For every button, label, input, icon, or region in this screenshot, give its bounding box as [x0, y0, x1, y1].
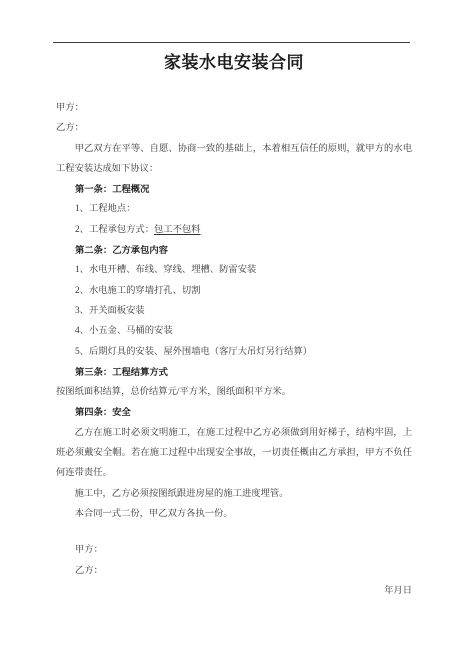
- copies-paragraph: 本合同一式二份，甲乙双方各执一份。: [56, 504, 412, 524]
- section-2-heading: 第二条：乙方承包内容: [56, 240, 412, 260]
- document-title: 家装水电安装合同: [56, 0, 412, 75]
- item-project-location: 1、工程地点：: [56, 199, 412, 219]
- signature-party-b: 乙方：: [56, 561, 412, 581]
- item-contract-method: 2、工程承包方式：包工不包料: [56, 220, 412, 240]
- contract-method-label: 2、工程承包方式：: [75, 225, 154, 235]
- section-1-heading: 第一条：工程概况: [56, 179, 412, 199]
- party-a-label: 甲方：: [56, 98, 412, 118]
- item-lighting-install: 5、后期灯具的安装、屋外围墙电（客厅大吊灯另行结算）: [56, 342, 412, 362]
- party-b-label: 乙方：: [56, 118, 412, 138]
- item-wiring-grooving: 1、水电开槽、布线、穿线、埋槽、防雷安装: [56, 260, 412, 280]
- signature-party-a: 甲方：: [56, 540, 412, 560]
- signature-date: 年月日: [56, 581, 412, 601]
- section-3-heading: 第三条：工程结算方式: [56, 362, 412, 382]
- item-switch-panels: 3、开关面板安装: [56, 301, 412, 321]
- intro-paragraph: 甲乙双方在平等、自愿、协商一致的基础上，本着相互信任的原则，就甲方的水电工程安装…: [56, 139, 412, 180]
- pipe-laying-paragraph: 施工中，乙方必须按图纸跟进房屋的施工进度埋管。: [56, 484, 412, 504]
- item-hardware-toilet: 4、小五金、马桶的安装: [56, 321, 412, 341]
- document-page: 家装水电安装合同 甲方： 乙方： 甲乙双方在平等、自愿、协商一致的基础上，本着相…: [0, 0, 463, 655]
- item-wall-drilling: 2、水电施工的穿墙打孔、切割: [56, 281, 412, 301]
- section-4-heading: 第四条：安全: [56, 402, 412, 422]
- contract-method-value: 包工不包料: [154, 225, 201, 235]
- settlement-paragraph: 按图纸面积结算，总价结算元/平方米，图纸面积平方米。: [56, 382, 412, 402]
- safety-paragraph: 乙方在施工时必须文明施工，在施工过程中乙方必须做到用好梯子，结构牢固，上班必须戴…: [56, 423, 412, 484]
